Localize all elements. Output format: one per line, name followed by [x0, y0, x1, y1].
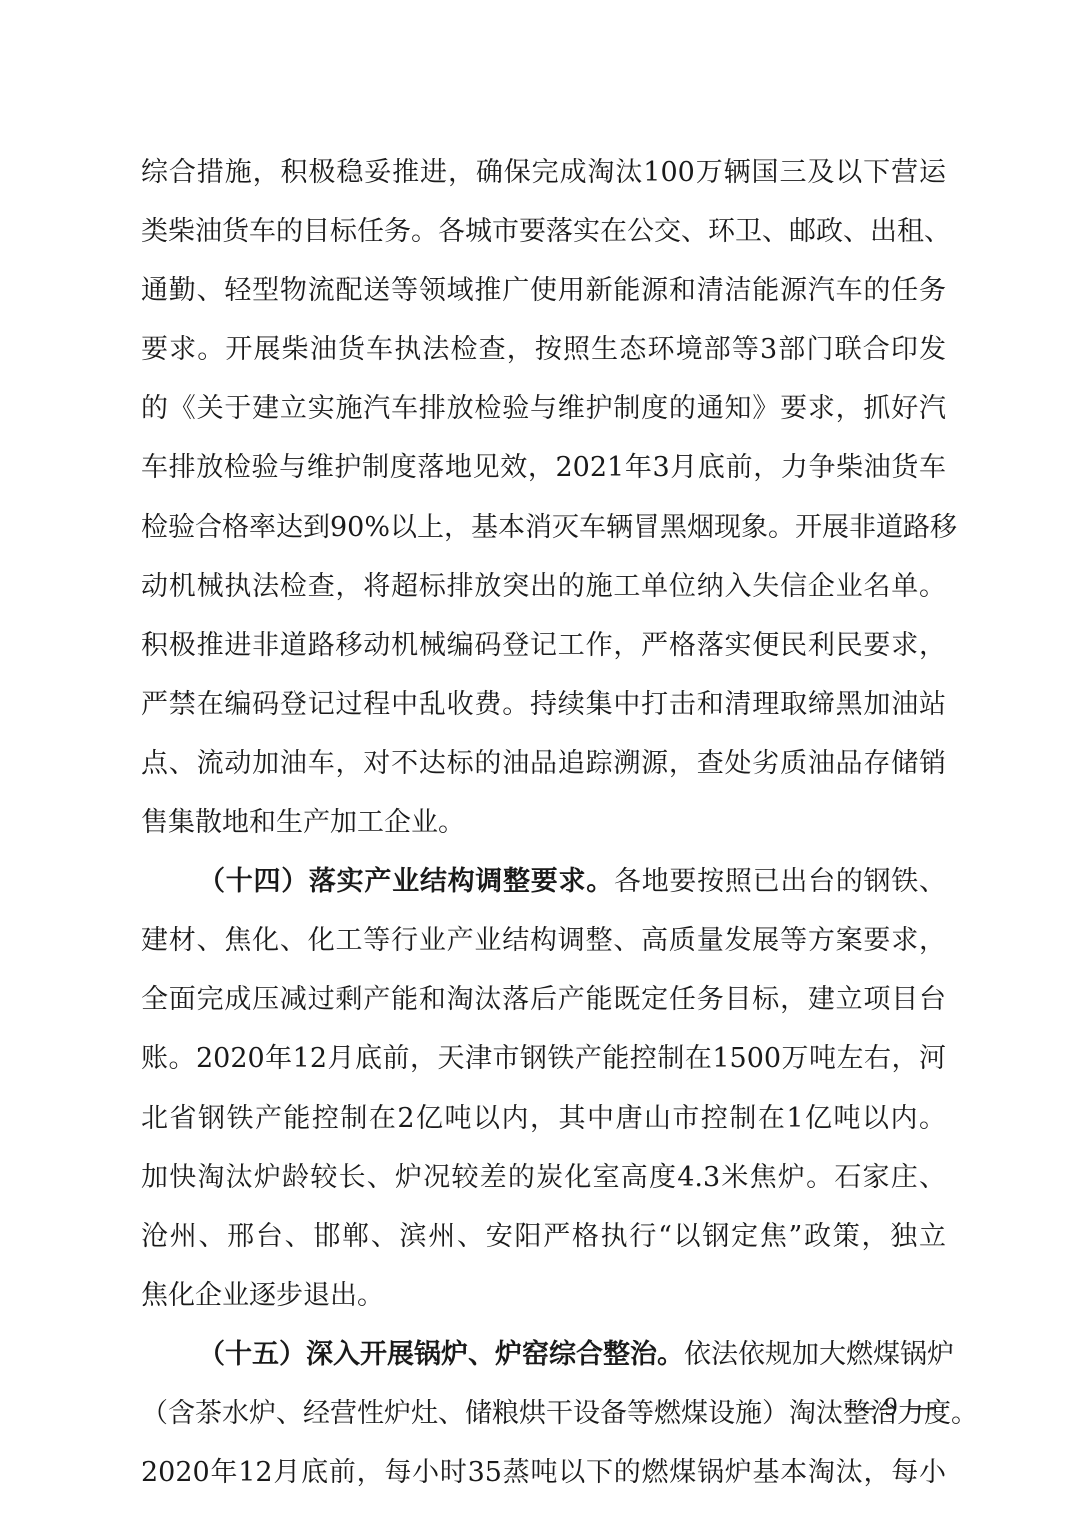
paragraph-line: 要求。开展柴油货车执法检查，按照生态环境部等3部门联合印发	[141, 320, 946, 379]
paragraph-line: 严禁在编码登记过程中乱收费。持续集中打击和清理取缔黑加油站	[141, 675, 946, 734]
page-number: — 9 —	[842, 1392, 942, 1422]
paragraph-line: 动机械执法检查，将超标排放突出的施工单位纳入失信企业名单。	[141, 557, 946, 616]
paragraph-line: 北省钢铁产能控制在2亿吨以内，其中唐山市控制在1亿吨以内。	[141, 1089, 946, 1148]
paragraph-line: 检验合格率达到90%以上，基本消灭车辆冒黑烟现象。开展非道路移	[141, 498, 946, 557]
section-15-text: 依法依规加大燃煤锅炉	[684, 1339, 954, 1370]
paragraph-line: 沧州、邢台、邯郸、滨州、安阳严格执行“以钢定焦”政策，独立	[141, 1207, 946, 1266]
paragraph-line: 通勤、轻型物流配送等领域推广使用新能源和清洁能源汽车的任务	[141, 261, 946, 320]
body-text: 综合措施，积极稳妥推进，确保完成淘汰100万辆国三及以下营运 类柴油货车的目标任…	[141, 143, 946, 1502]
paragraph-line: 售集散地和生产加工企业。	[141, 793, 946, 852]
paragraph-line: 全面完成压减过剩产能和淘汰落后产能既定任务目标，建立项目台	[141, 970, 946, 1029]
paragraph-line: 的《关于建立实施汽车排放检验与维护制度的通知》要求，抓好汽	[141, 379, 946, 438]
paragraph-line: 2020年12月底前，每小时35蒸吨以下的燃煤锅炉基本淘汰，每小	[141, 1443, 946, 1502]
paragraph-line: 加快淘汰炉龄较长、炉况较差的炭化室高度4.3米焦炉。石家庄、	[141, 1148, 946, 1207]
paragraph-line: 积极推进非道路移动机械编码登记工作，严格落实便民利民要求，	[141, 616, 946, 675]
paragraph-line: 点、流动加油车，对不达标的油品追踪溯源，查处劣质油品存储销	[141, 734, 946, 793]
paragraph-line: 焦化企业逐步退出。	[141, 1266, 946, 1325]
paragraph-line: 车排放检验与维护制度落地见效，2021年3月底前，力争柴油货车	[141, 438, 946, 497]
section-15-heading: （十五）深入开展锅炉、炉窑综合整治。	[198, 1339, 684, 1370]
paragraph-line: 建材、焦化、化工等行业产业结构调整、高质量发展等方案要求，	[141, 911, 946, 970]
document-page: 综合措施，积极稳妥推进，确保完成淘汰100万辆国三及以下营运 类柴油货车的目标任…	[0, 0, 1080, 1527]
section-14-first-line: （十四）落实产业结构调整要求。各地要按照已出台的钢铁、	[141, 852, 946, 911]
paragraph-line: 账。2020年12月底前，天津市钢铁产能控制在1500万吨左右，河	[141, 1029, 946, 1088]
paragraph-line: 类柴油货车的目标任务。各城市要落实在公交、环卫、邮政、出租、	[141, 202, 946, 261]
paragraph-line: （含茶水炉、经营性炉灶、储粮烘干设备等燃煤设施）淘汰整治力度。	[141, 1384, 946, 1443]
paragraph-line: 综合措施，积极稳妥推进，确保完成淘汰100万辆国三及以下营运	[141, 143, 946, 202]
section-15-first-line: （十五）深入开展锅炉、炉窑综合整治。依法依规加大燃煤锅炉	[141, 1325, 946, 1384]
section-14-heading: （十四）落实产业结构调整要求。	[198, 866, 614, 897]
section-14-text: 各地要按照已出台的钢铁、	[614, 866, 946, 897]
